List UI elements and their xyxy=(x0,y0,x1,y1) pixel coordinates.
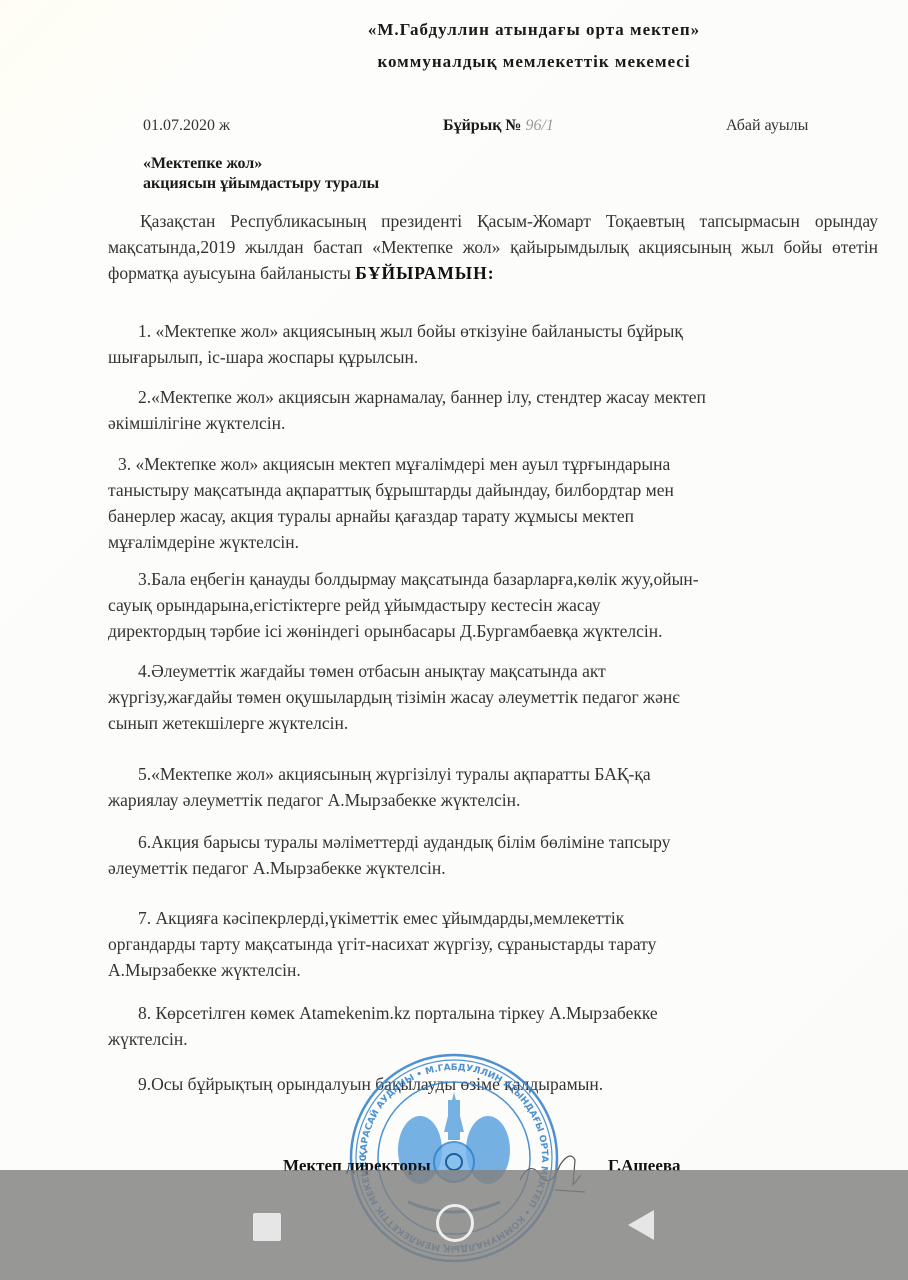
item-line: органдарды тарту мақсатында үгіт-насихат… xyxy=(108,931,908,957)
item-line: 3.Бала еңбегін қанауды болдырмау мақсаты… xyxy=(108,566,908,592)
item-line: 1. «Мектепке жол» акциясының жыл бойы өт… xyxy=(108,318,908,344)
scanned-document: «М.Габдуллин атындағы орта мектеп» комму… xyxy=(0,0,908,1280)
order-item-1: 1. «Мектепке жол» акциясының жыл бойы өт… xyxy=(108,318,908,370)
order-item-8: 8. Көрсетілген көмек Atamekenim.kz порта… xyxy=(108,1000,908,1052)
item-line: әлеуметтік педагог А.Мырзабекке жүктелсі… xyxy=(108,855,908,881)
intro-paragraph: Қазақстан Республикасының президенті Қас… xyxy=(108,208,878,286)
order-date: 01.07.2020 ж xyxy=(143,117,230,135)
institution-type: коммуналдық мемлекеттік мекемесі xyxy=(80,52,908,72)
item-line: 6.Акция барысы туралы мәліметтерді аудан… xyxy=(108,829,908,855)
back-button[interactable] xyxy=(628,1210,654,1240)
item-line: А.Мырзабекке жүктелсін. xyxy=(108,957,908,983)
item-line: 3. «Мектепке жол» акциясын мектеп мұғалі… xyxy=(108,451,908,477)
order-item-3: 3. «Мектепке жол» акциясын мектеп мұғалі… xyxy=(108,451,908,555)
item-line: 8. Көрсетілген көмек Atamekenim.kz порта… xyxy=(108,1000,908,1026)
item-line: сауық орындарына,егістіктерге рейд ұйымд… xyxy=(108,592,908,618)
recent-apps-button[interactable] xyxy=(253,1213,281,1241)
subject-line-2: акциясын ұйымдастыру туралы xyxy=(143,174,379,194)
order-item-6: 6.Акция барысы туралы мәліметтерді аудан… xyxy=(108,829,908,881)
order-place: Абай ауылы xyxy=(726,117,808,135)
item-line: сынып жетекшілерге жүктелсін. xyxy=(108,710,908,736)
item-line: 7. Акцияға кәсіпекрлерді,үкіметтік емес … xyxy=(108,905,908,931)
order-word: БҰЙЫРАМЫН: xyxy=(355,263,494,283)
home-button[interactable] xyxy=(436,1204,474,1242)
item-line: әкімшілігіне жүктелсін. xyxy=(108,410,908,436)
order-item-3b: 3.Бала еңбегін қанауды болдырмау мақсаты… xyxy=(108,566,908,644)
item-line: мұғалімдеріне жүктелсін. xyxy=(108,529,908,555)
item-line: банерлер жасау, акция туралы арнайы қаға… xyxy=(108,503,908,529)
order-item-5: 5.«Мектепке жол» акциясының жүргізілуі т… xyxy=(108,761,908,813)
item-line: 2.«Мектепке жол» акциясын жарнамалау, ба… xyxy=(108,384,908,410)
order-number-handwritten: 96/1 xyxy=(525,117,553,134)
item-line: директордың тәрбие ісі жөніндегі орынбас… xyxy=(108,618,908,644)
item-line: жариялау әлеуметтік педагог А.Мырзабекке… xyxy=(108,787,908,813)
order-item-7: 7. Акцияға кәсіпекрлерді,үкіметтік емес … xyxy=(108,905,908,983)
order-label: Бұйрық № xyxy=(443,117,521,134)
school-name: «М.Габдуллин атындағы орта мектеп» xyxy=(80,20,908,40)
item-line: жүргізу,жағдайы төмен оқушылардың тізімі… xyxy=(108,684,908,710)
item-line: таныстыру мақсатында ақпараттық бұрыштар… xyxy=(108,477,908,503)
order-item-2: 2.«Мектепке жол» акциясын жарнамалау, ба… xyxy=(108,384,908,436)
item-line: 4.Әлеуметтік жағдайы төмен отбасын анықт… xyxy=(108,658,908,684)
item-line: шығарылып, іс-шара жоспары құрылсын. xyxy=(108,344,908,370)
order-number: Бұйрық №96/1 xyxy=(443,117,554,135)
item-line: 5.«Мектепке жол» акциясының жүргізілуі т… xyxy=(108,761,908,787)
subject-line-1: «Мектепке жол» xyxy=(143,154,379,174)
item-line: жүктелсін. xyxy=(108,1026,908,1052)
order-item-4: 4.Әлеуметтік жағдайы төмен отбасын анықт… xyxy=(108,658,908,736)
order-subject: «Мектепке жол» акциясын ұйымдастыру тура… xyxy=(143,154,379,194)
